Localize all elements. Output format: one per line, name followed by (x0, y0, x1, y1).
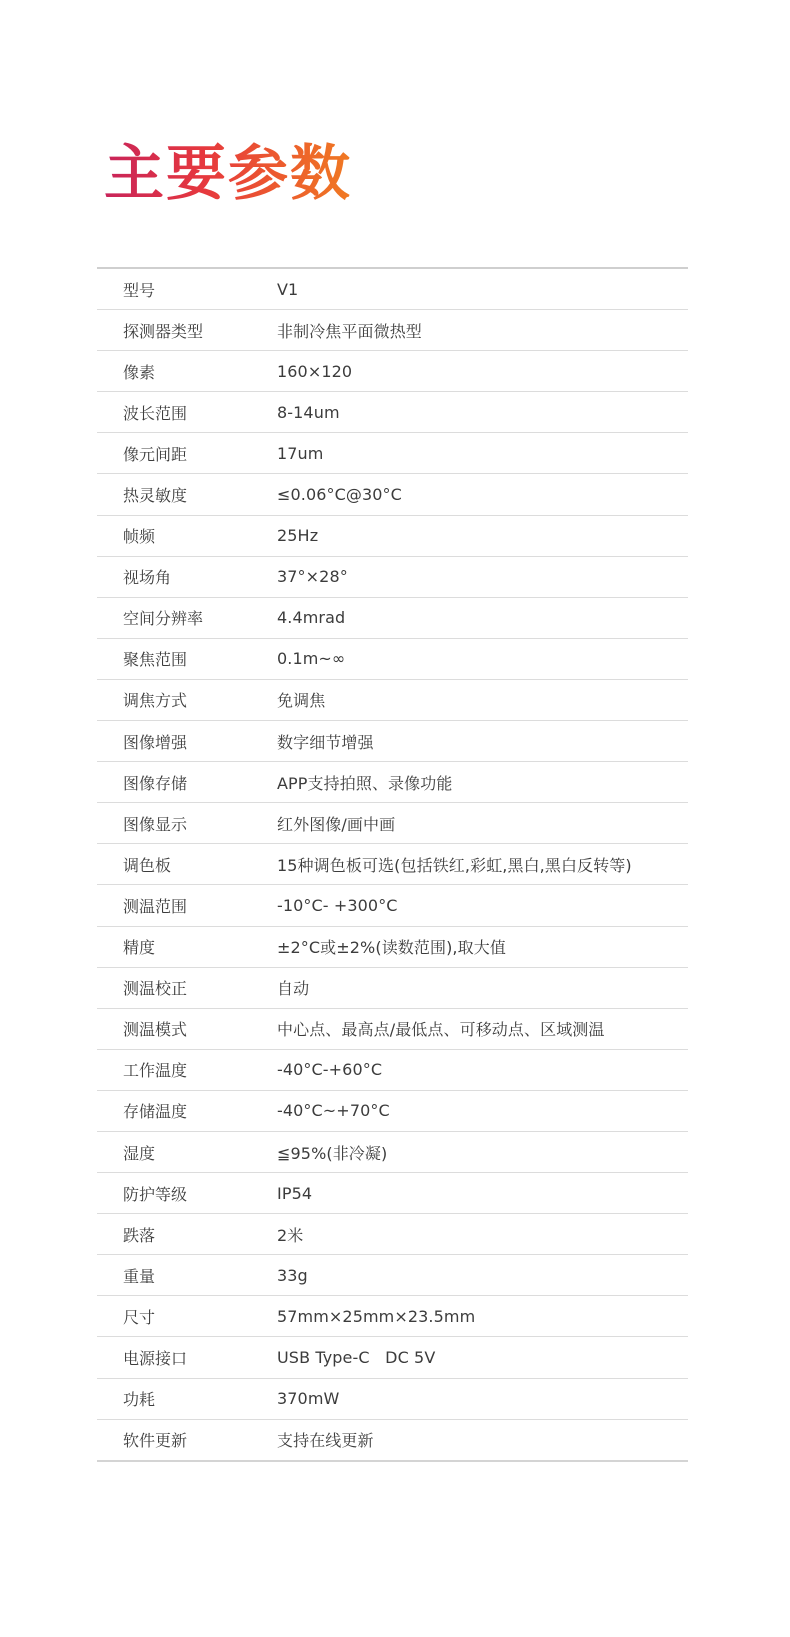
spec-value: APP支持拍照、录像功能 (277, 771, 688, 794)
spec-value: 免调焦 (277, 688, 688, 711)
spec-value: IP54 (277, 1184, 688, 1203)
spec-row-palette: 调色板 15种调色板可选(包括铁红,彩虹,黑白,黑白反转等) (97, 844, 688, 885)
spec-value: 33g (277, 1266, 688, 1285)
spec-label: 调焦方式 (97, 688, 277, 711)
spec-value: 8-14um (277, 403, 688, 422)
spec-row-power-interface: 电源接口 USB Type-C DC 5V (97, 1337, 688, 1378)
spec-label: 图像显示 (97, 812, 277, 835)
spec-row-humidity: 湿度 ≦95%(非冷凝) (97, 1132, 688, 1173)
spec-row-wavelength: 波长范围 8-14um (97, 392, 688, 433)
spec-value: -40°C-+60°C (277, 1060, 688, 1079)
spec-row-focus-range: 聚焦范围 0.1m~∞ (97, 639, 688, 680)
spec-label: 尺寸 (97, 1305, 277, 1328)
spec-value: 15种调色板可选(包括铁红,彩虹,黑白,黑白反转等) (277, 853, 688, 876)
spec-label: 调色板 (97, 853, 277, 876)
spec-label: 工作温度 (97, 1058, 277, 1081)
spec-value: 4.4mrad (277, 608, 688, 627)
spec-label: 像素 (97, 360, 277, 383)
spec-value: 中心点、最高点/最低点、可移动点、区域测温 (277, 1017, 688, 1040)
spec-value: 25Hz (277, 526, 688, 545)
spec-label: 测温模式 (97, 1017, 277, 1040)
spec-row-thermal-sensitivity: 热灵敏度 ≤0.06°C@30°C (97, 474, 688, 515)
spec-value: -10°C- +300°C (277, 896, 688, 915)
spec-row-temp-mode: 测温模式 中心点、最高点/最低点、可移动点、区域测温 (97, 1009, 688, 1050)
spec-label: 湿度 (97, 1141, 277, 1164)
spec-label: 功耗 (97, 1387, 277, 1410)
spec-label: 跌落 (97, 1223, 277, 1246)
spec-label: 视场角 (97, 565, 277, 588)
spec-label: 存储温度 (97, 1099, 277, 1122)
spec-label: 波长范围 (97, 401, 277, 424)
page-title: 主要参数 (104, 136, 352, 212)
spec-row-storage-temp: 存储温度 -40°C~+70°C (97, 1091, 688, 1132)
spec-value: 数字细节增强 (277, 730, 688, 753)
spec-value: 57mm×25mm×23.5mm (277, 1307, 688, 1326)
spec-value: ≦95%(非冷凝) (277, 1141, 688, 1164)
spec-row-weight: 重量 33g (97, 1255, 688, 1296)
spec-row-image-display: 图像显示 红外图像/画中画 (97, 803, 688, 844)
spec-row-model: 型号 V1 (97, 269, 688, 310)
spec-label: 图像存储 (97, 771, 277, 794)
spec-row-pixel-pitch: 像元间距 17um (97, 433, 688, 474)
spec-label: 像元间距 (97, 442, 277, 465)
spec-label: 电源接口 (97, 1346, 277, 1369)
spec-row-image-enhancement: 图像增强 数字细节增强 (97, 721, 688, 762)
spec-value: 支持在线更新 (277, 1428, 688, 1451)
spec-row-detector-type: 探测器类型 非制冷焦平面微热型 (97, 310, 688, 351)
spec-row-power-consumption: 功耗 370mW (97, 1379, 688, 1420)
spec-row-resolution: 像素 160×120 (97, 351, 688, 392)
spec-value: 37°×28° (277, 567, 688, 586)
spec-row-temp-range: 测温范围 -10°C- +300°C (97, 885, 688, 926)
spec-label: 防护等级 (97, 1182, 277, 1205)
spec-label: 重量 (97, 1264, 277, 1287)
spec-value: V1 (277, 280, 688, 299)
spec-value: 自动 (277, 976, 688, 999)
spec-row-protection-level: 防护等级 IP54 (97, 1173, 688, 1214)
spec-value: 红外图像/画中画 (277, 812, 688, 835)
spec-value: ±2°C或±2%(读数范围),取大值 (277, 935, 688, 958)
spec-row-temp-calibration: 测温校正 自动 (97, 968, 688, 1009)
spec-row-dimensions: 尺寸 57mm×25mm×23.5mm (97, 1296, 688, 1337)
spec-value: 非制冷焦平面微热型 (277, 319, 688, 342)
spec-label: 帧频 (97, 524, 277, 547)
spec-row-field-of-view: 视场角 37°×28° (97, 557, 688, 598)
spec-value: 160×120 (277, 362, 688, 381)
spec-row-software-update: 软件更新 支持在线更新 (97, 1420, 688, 1460)
spec-row-spatial-resolution: 空间分辨率 4.4mrad (97, 598, 688, 639)
spec-value: 17um (277, 444, 688, 463)
spec-row-operating-temp: 工作温度 -40°C-+60°C (97, 1050, 688, 1091)
spec-value: -40°C~+70°C (277, 1101, 688, 1120)
spec-label: 探测器类型 (97, 319, 277, 342)
spec-label: 软件更新 (97, 1428, 277, 1451)
spec-label: 精度 (97, 935, 277, 958)
spec-label: 热灵敏度 (97, 483, 277, 506)
spec-table: 型号 V1 探测器类型 非制冷焦平面微热型 像素 160×120 波长范围 8-… (97, 267, 688, 1462)
spec-label: 聚焦范围 (97, 647, 277, 670)
spec-label: 测温范围 (97, 894, 277, 917)
spec-value: 2米 (277, 1223, 688, 1246)
spec-label: 型号 (97, 278, 277, 301)
spec-label: 空间分辨率 (97, 606, 277, 629)
spec-value: USB Type-C DC 5V (277, 1348, 688, 1367)
spec-value: 370mW (277, 1389, 688, 1408)
spec-label: 测温校正 (97, 976, 277, 999)
spec-row-frame-rate: 帧频 25Hz (97, 516, 688, 557)
spec-row-accuracy: 精度 ±2°C或±2%(读数范围),取大值 (97, 927, 688, 968)
spec-value: ≤0.06°C@30°C (277, 485, 688, 504)
spec-row-drop: 跌落 2米 (97, 1214, 688, 1255)
spec-row-image-storage: 图像存储 APP支持拍照、录像功能 (97, 762, 688, 803)
spec-row-focus-mode: 调焦方式 免调焦 (97, 680, 688, 721)
spec-label: 图像增强 (97, 730, 277, 753)
spec-value: 0.1m~∞ (277, 649, 688, 668)
